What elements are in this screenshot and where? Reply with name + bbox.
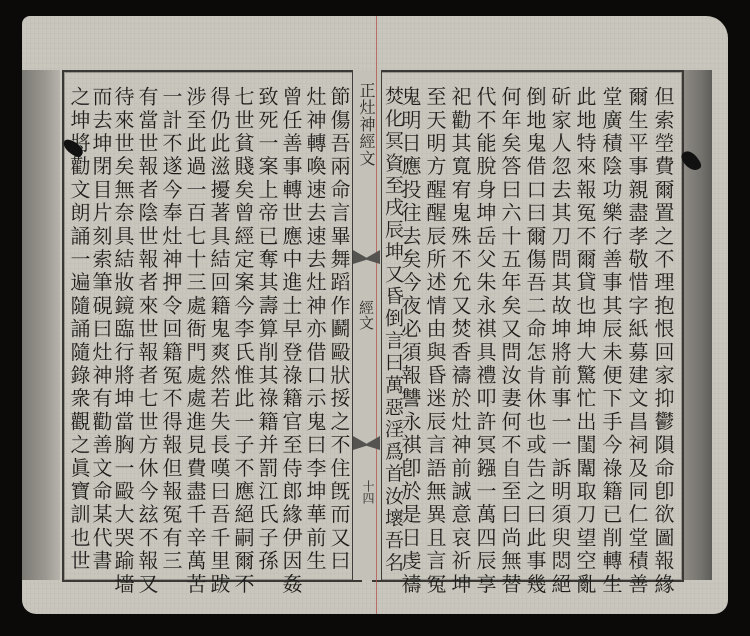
text-column: 節傷吾兩命言畢舞蹈作鬬毆狀挼之不住旣而又曰 [326, 86, 352, 573]
text-column: 何年矣答曰六十五年矣又問汝妻何不自至曰尚無替 [497, 86, 523, 596]
text-column: 爾生平事親盡孝敬惜字紙募建文昌祠及同仁堂積善 [624, 86, 650, 596]
text-column: 七世貧賤矣曾經定案今李氏惟此一子不應絕嗣爾不 [230, 86, 256, 596]
text-column: 曾任善事轉世應中進士早登祿籍官至侍郎緣伊因姦 [278, 86, 304, 596]
text-column: 祀勸其寬宥鬼殊不允又焚香禱於灶神前誠意哀祈坤 [447, 86, 473, 596]
text-column: 灶神轉喚速去速去灶神亦借口示鬼曰李坤華前生 [302, 86, 328, 573]
text-column: 涉至此過一百七十三處衙門處處進見費盡千辛萬苦 [182, 86, 208, 596]
text-column: 一計不遂今奉灶神押令回籍冤不得報但報冤有三 [158, 86, 184, 573]
fold-title: 正灶神經文 [355, 82, 377, 167]
text-column: 代不能脫身坤岳父朱永祺具禮叩許冥鏹一萬四辰享 [472, 86, 498, 596]
text-column: 至天明方醒醒辰所述情由與昏迷辰言語無異且言冤 [422, 86, 448, 596]
fold-subtitle: 經文 [355, 300, 377, 330]
page-number: 十四 [355, 480, 377, 504]
fold-title-prefix: 正 [357, 82, 376, 99]
left-binding-edge [22, 70, 60, 580]
right-binding-edge [684, 70, 712, 580]
text-column: 得仍此滋擾著具結回籍鬼爽然若失長嘆曰吾千里跋 [206, 86, 232, 596]
text-column: 斫家人忽去其刀問其故坤將前事一一訴明須臾悶絕 [547, 86, 573, 596]
text-column: 倒地鬼借口曰爾傷吾二命怎肯休也或告之曰此事幾 [522, 86, 548, 596]
text-column: 之坤將勸文朗誦一遍隨誦隨錄衆觀之眞寶訓也世 [66, 86, 92, 573]
text-column: 有當世報者陰世報者來世報者七世方休今玆不報又 [134, 86, 160, 596]
text-column: 致死一案上帝已奪其壽算削其祿籍并罰江氏子孫 [254, 86, 280, 573]
fold-title-text: 灶神經文 [357, 99, 376, 167]
text-column: 堂廣積陰功樂行善事其辰未便下手今祿籍已削轉生 [598, 86, 624, 596]
text-column: 焚化冥資至戌辰坤又昏倒言曰萬惡淫爲首汝壞吾名 [380, 86, 406, 574]
text-column: 但索塋費爾置之不理抱恨回家抑鬱隕命卽欲圖報緣 [650, 86, 676, 596]
text-column: 此地特來報冤不爾貸也坤大驚忙出閨闈取刀望空亂 [572, 86, 598, 596]
